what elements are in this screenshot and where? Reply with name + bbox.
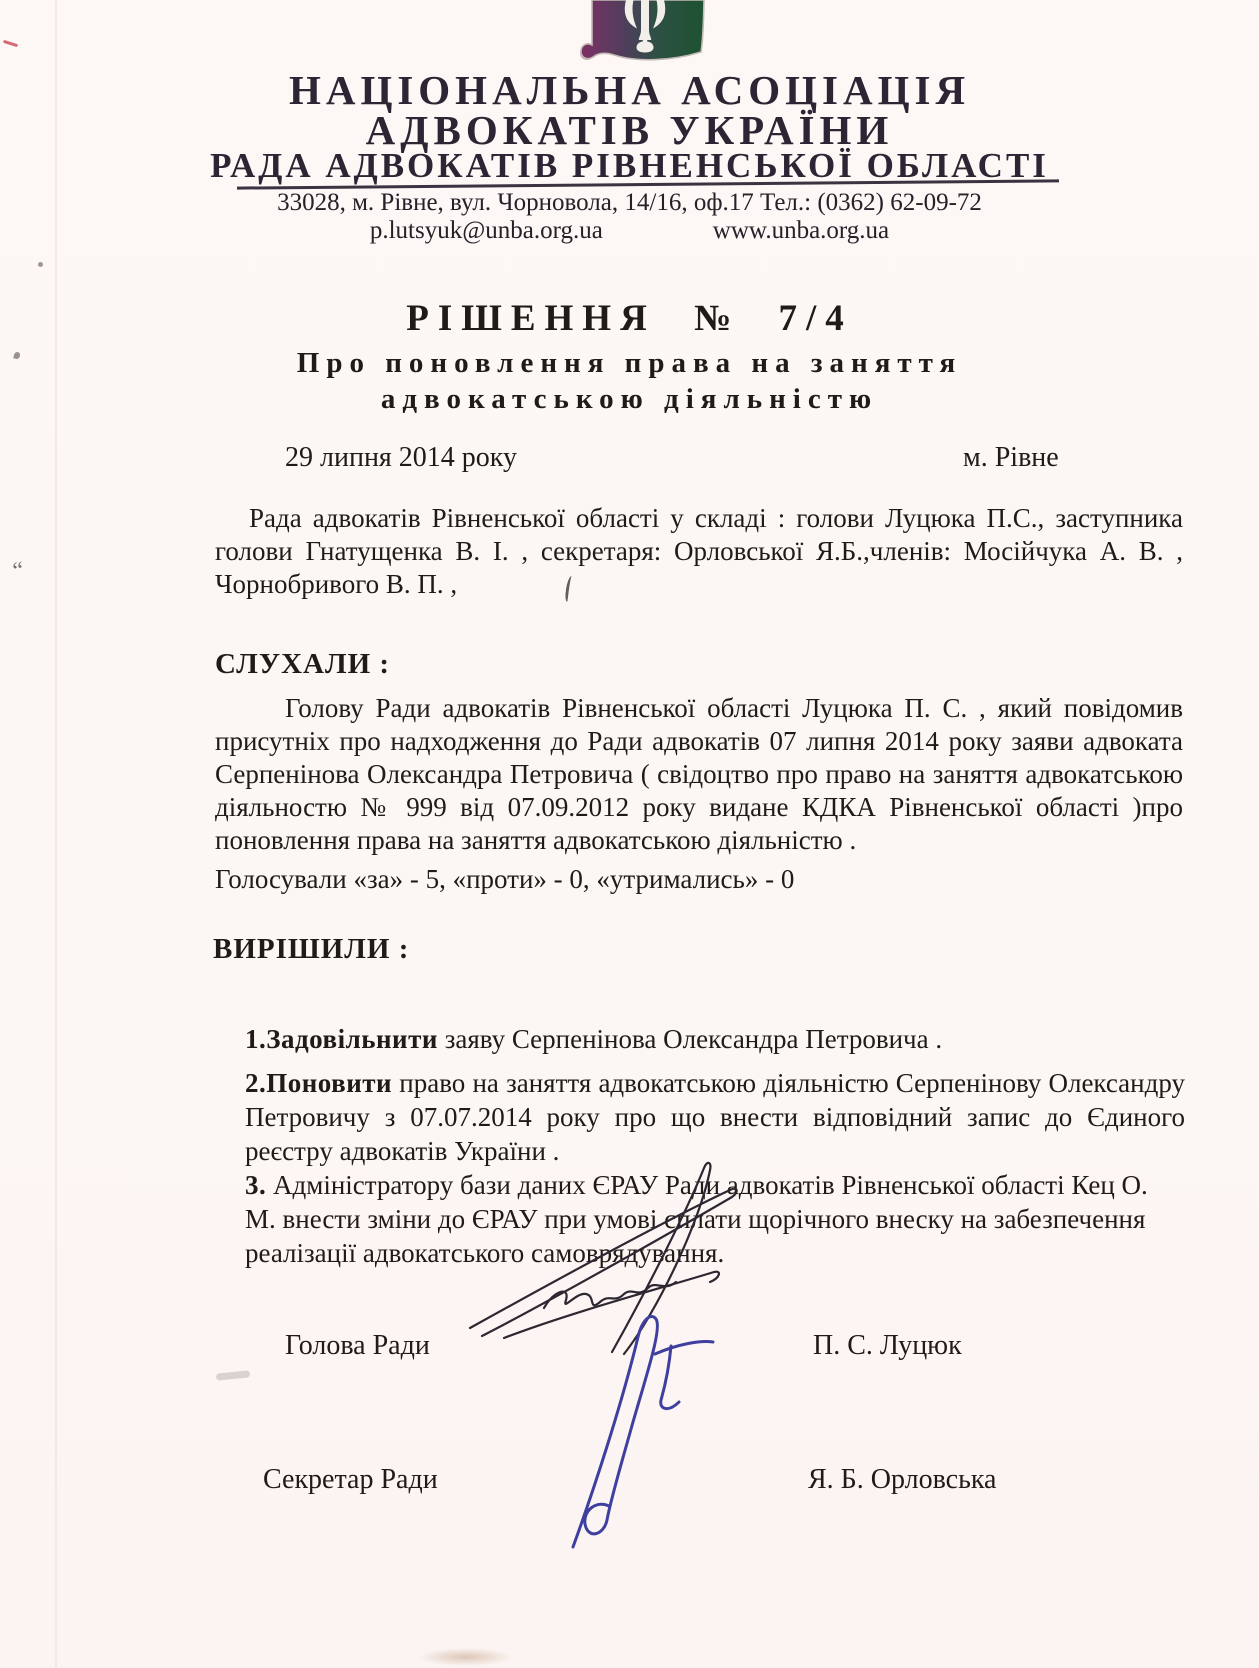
document-place: м. Рівне bbox=[963, 442, 1059, 474]
heard-section-label: СЛУХАЛИ : bbox=[215, 648, 390, 681]
scan-artifact bbox=[3, 40, 18, 47]
document-title: РІШЕННЯ № 7/4 bbox=[0, 297, 1259, 340]
secretary-signature bbox=[543, 1302, 723, 1557]
decision-item-2-lead: 2.Поновити bbox=[245, 1068, 392, 1098]
signature-name-chairman: П. С. Луцюк bbox=[813, 1330, 962, 1362]
signature-role-secretary: Секретар Ради bbox=[263, 1464, 438, 1496]
decision-item-1: 1.Задовільнити заяву Серпенінова Олексан… bbox=[245, 1022, 1185, 1056]
scan-artifact bbox=[38, 262, 43, 267]
decided-section-label: ВИРІШИЛИ : bbox=[213, 933, 409, 966]
decision-item-2: 2.Поновити право на заняття адвокатською… bbox=[245, 1066, 1185, 1168]
document-subtitle-line1: Про поновлення права на заняття bbox=[0, 347, 1259, 380]
voting-results-line: Голосували «за» - 5, «проти» - 0, «утрим… bbox=[215, 864, 794, 895]
org-email: p.lutsyuk@unba.org.ua bbox=[370, 217, 603, 245]
heard-section-paragraph: Голову Ради адвокатів Рівненської област… bbox=[215, 692, 1183, 857]
paper-edge-line bbox=[55, 0, 57, 1668]
scanned-document-page: { "document": { "header": { "emblem_icon… bbox=[0, 0, 1259, 1668]
signature-name-secretary: Я. Б. Орловська bbox=[808, 1464, 996, 1496]
scan-artifact bbox=[418, 1648, 513, 1666]
scan-artifact bbox=[216, 1370, 251, 1381]
scan-artifact: “ bbox=[11, 557, 25, 585]
signature-role-chairman: Голова Ради bbox=[285, 1330, 430, 1362]
decision-item-1-text: заяву Серпенінова Олександра Петровича . bbox=[438, 1024, 942, 1054]
decision-item-3-lead: 3. bbox=[245, 1170, 266, 1200]
org-website: www.unba.org.ua bbox=[713, 217, 889, 245]
document-subtitle-line2: адвокатською діяльністю bbox=[0, 383, 1259, 416]
document-date: 29 липня 2014 року bbox=[285, 442, 517, 474]
contact-row: p.lutsyuk@unba.org.ua www.unba.org.ua bbox=[0, 217, 1259, 245]
org-name-line3: РАДА АДВОКАТІВ РІВНЕНСЬКОЇ ОБЛАСТІ bbox=[0, 146, 1259, 186]
ukraine-trident-scroll-emblem bbox=[578, 0, 712, 62]
org-address: 33028, м. Рівне, вул. Чорновола, 14/16, … bbox=[0, 189, 1259, 217]
decision-item-1-lead: 1.Задовільнити bbox=[245, 1024, 438, 1054]
council-composition-paragraph: Рада адвокатів Рівненської області у скл… bbox=[215, 502, 1183, 601]
